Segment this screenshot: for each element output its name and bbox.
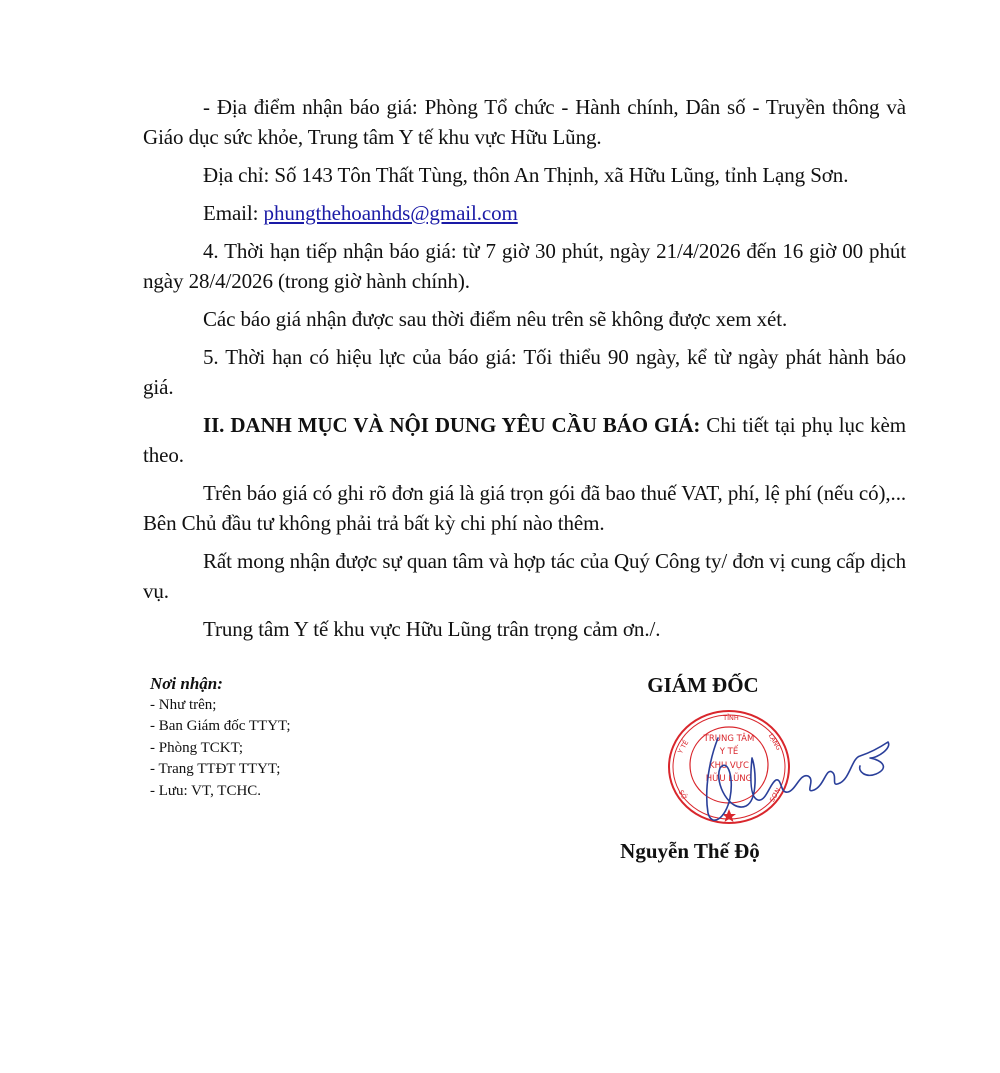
paragraph-address: Địa chỉ: Số 143 Tôn Thất Tùng, thôn An T…	[143, 160, 906, 190]
stamp-outer-top: TỈNH	[722, 713, 739, 722]
paragraph-section-2: II. DANH MỤC VÀ NỘI DUNG YÊU CẦU BÁO GIÁ…	[143, 410, 906, 470]
paragraph-thanks: Trung tâm Y tế khu vực Hữu Lũng trân trọ…	[143, 614, 906, 644]
signer-role: GIÁM ĐỐC	[586, 673, 820, 698]
paragraph-late-notice: Các báo giá nhận được sau thời điểm nêu …	[143, 304, 906, 334]
email-label: Email:	[203, 201, 264, 225]
paragraph-pricing-terms: Trên báo giá có ghi rõ đơn giá là giá tr…	[143, 478, 906, 538]
paragraph-cooperation: Rất mong nhận được sự quan tâm và hợp tá…	[143, 546, 906, 606]
signer-block: GIÁM ĐỐC Nguyễn Thế Độ	[620, 673, 820, 698]
email-link[interactable]: phungthehoanhds@gmail.com	[264, 201, 518, 225]
paragraph-quote-location: - Địa điểm nhận báo giá: Phòng Tổ chức -…	[143, 92, 906, 152]
document-body: - Địa điểm nhận báo giá: Phòng Tổ chức -…	[143, 92, 906, 652]
signer-name: Nguyễn Thế Độ	[590, 839, 790, 864]
recipient-item: - Như trên;	[150, 695, 291, 717]
recipients-block: Nơi nhận: - Như trên; - Ban Giám đốc TTY…	[150, 673, 291, 802]
section-2-heading: II. DANH MỤC VÀ NỘI DUNG YÊU CẦU BÁO GIÁ…	[203, 413, 700, 437]
recipient-item: - Lưu: VT, TCHC.	[150, 781, 291, 803]
recipient-item: - Trang TTĐT TTYT;	[150, 759, 291, 781]
paragraph-validity: 5. Thời hạn có hiệu lực của báo giá: Tối…	[143, 342, 906, 402]
recipient-item: - Ban Giám đốc TTYT;	[150, 716, 291, 738]
signature-icon	[700, 728, 895, 828]
recipient-item: - Phòng TCKT;	[150, 738, 291, 760]
recipients-title: Nơi nhận:	[150, 673, 291, 695]
paragraph-deadline: 4. Thời hạn tiếp nhận báo giá: từ 7 giờ …	[143, 236, 906, 296]
paragraph-email: Email: phungthehoanhds@gmail.com	[143, 198, 906, 228]
